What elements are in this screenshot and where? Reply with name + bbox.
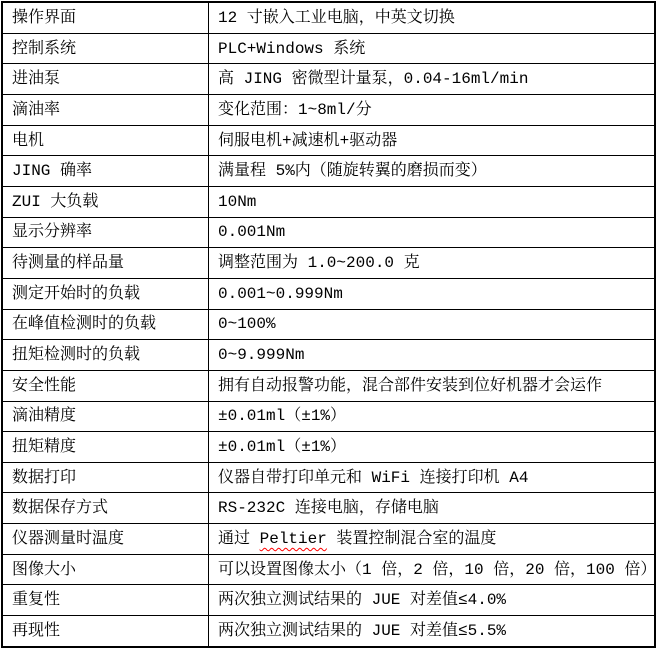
table-row: 电机 伺服电机+减速机+驱动器 xyxy=(2,125,655,156)
spec-label-cell: 在峰值检测时的负载 xyxy=(2,309,209,340)
spec-label-cell: 电机 xyxy=(2,125,209,156)
spec-value-cell: 伺服电机+减速机+驱动器 xyxy=(209,125,656,156)
spec-value-cell: 变化范围：1~8ml/分 xyxy=(209,95,656,126)
spec-label-cell: 待测量的样品量 xyxy=(2,248,209,279)
spec-label-cell: 滴油率 xyxy=(2,95,209,126)
table-row: 再现性 两次独立测试结果的 JUE 对差值≤5.5% xyxy=(2,615,655,647)
spec-value-cell: 仪器自带打印单元和 WiFi 连接打印机 A4 xyxy=(209,462,656,493)
spec-label-cell: 测定开始时的负载 xyxy=(2,278,209,309)
spec-label-cell: 控制系统 xyxy=(2,33,209,64)
table-row: 滴油精度 ±0.01ml（±1%） xyxy=(2,401,655,432)
spec-label-cell: 数据打印 xyxy=(2,462,209,493)
table-row: 图像大小 可以设置图像太小（1 倍，2 倍，10 倍，20 倍，100 倍） xyxy=(2,554,655,585)
table-row: 控制系统 PLC+Windows 系统 xyxy=(2,33,655,64)
spec-value-cell: 两次独立测试结果的 JUE 对差值≤5.5% xyxy=(209,615,656,647)
spec-value-cell: 满量程 5%内（随旋转翼的磨损而变） xyxy=(209,156,656,187)
spec-value-cell: 0.001~0.999Nm xyxy=(209,278,656,309)
table-row: 扭矩检测时的负载 0~9.999Nm xyxy=(2,340,655,371)
table-row: 安全性能 拥有自动报警功能，混合部件安装到位好机器才会运作 xyxy=(2,370,655,401)
table-row: 测定开始时的负载 0.001~0.999Nm xyxy=(2,278,655,309)
spec-value-cell: 0~100% xyxy=(209,309,656,340)
spec-value-cell: 可以设置图像太小（1 倍，2 倍，10 倍，20 倍，100 倍） xyxy=(209,554,656,585)
spec-value-cell: 拥有自动报警功能，混合部件安装到位好机器才会运作 xyxy=(209,370,656,401)
table-row: 扭矩精度 ±0.01ml（±1%） xyxy=(2,432,655,463)
spec-table: 操作界面 12 寸嵌入工业电脑，中英文切换 控制系统 PLC+Windows 系… xyxy=(1,1,656,648)
table-row: 滴油率 变化范围：1~8ml/分 xyxy=(2,95,655,126)
spec-table-body: 操作界面 12 寸嵌入工业电脑，中英文切换 控制系统 PLC+Windows 系… xyxy=(2,2,655,647)
spec-value-cell: PLC+Windows 系统 xyxy=(209,33,656,64)
spec-label-cell: 显示分辨率 xyxy=(2,217,209,248)
spec-label-cell: JING 确率 xyxy=(2,156,209,187)
value-text: 装置控制混合室的温度 xyxy=(327,530,497,548)
spec-value-cell: 调整范围为 1.0~200.0 克 xyxy=(209,248,656,279)
spec-value-cell: RS-232C 连接电脑，存储电脑 xyxy=(209,493,656,524)
spec-value-cell: ±0.01ml（±1%） xyxy=(209,432,656,463)
spec-label-cell: 图像大小 xyxy=(2,554,209,585)
spec-label-cell: 滴油精度 xyxy=(2,401,209,432)
table-row: 进油泵 高 JING 密微型计量泵，0.04-16ml/min xyxy=(2,64,655,95)
spec-label-cell: 扭矩精度 xyxy=(2,432,209,463)
table-row: 操作界面 12 寸嵌入工业电脑，中英文切换 xyxy=(2,2,655,33)
table-row: 在峰值检测时的负载 0~100% xyxy=(2,309,655,340)
spec-label-cell: 安全性能 xyxy=(2,370,209,401)
misspelled-word: Peltier xyxy=(260,530,327,548)
table-row: 显示分辨率 0.001Nm xyxy=(2,217,655,248)
spec-label-cell: 重复性 xyxy=(2,585,209,616)
spec-label-cell: 扭矩检测时的负载 xyxy=(2,340,209,371)
spec-value-cell: ±0.01ml（±1%） xyxy=(209,401,656,432)
spec-label-cell: 仪器测量时温度 xyxy=(2,524,209,555)
spec-label-cell: 数据保存方式 xyxy=(2,493,209,524)
spec-value-cell: 两次独立测试结果的 JUE 对差值≤4.0% xyxy=(209,585,656,616)
spec-value-cell: 通过 Peltier 装置控制混合室的温度 xyxy=(209,524,656,555)
table-row: JING 确率 满量程 5%内（随旋转翼的磨损而变） xyxy=(2,156,655,187)
table-row: 数据保存方式 RS-232C 连接电脑，存储电脑 xyxy=(2,493,655,524)
spec-label-cell: 再现性 xyxy=(2,615,209,647)
table-row: 数据打印 仪器自带打印单元和 WiFi 连接打印机 A4 xyxy=(2,462,655,493)
spec-value-cell: 0.001Nm xyxy=(209,217,656,248)
table-row: ZUI 大负载 10Nm xyxy=(2,187,655,218)
spec-label-cell: ZUI 大负载 xyxy=(2,187,209,218)
spec-value-cell: 10Nm xyxy=(209,187,656,218)
table-row: 仪器测量时温度 通过 Peltier 装置控制混合室的温度 xyxy=(2,524,655,555)
table-row: 待测量的样品量 调整范围为 1.0~200.0 克 xyxy=(2,248,655,279)
spec-label-cell: 操作界面 xyxy=(2,2,209,33)
spec-value-cell: 12 寸嵌入工业电脑，中英文切换 xyxy=(209,2,656,33)
spec-value-cell: 高 JING 密微型计量泵，0.04-16ml/min xyxy=(209,64,656,95)
spec-value-cell: 0~9.999Nm xyxy=(209,340,656,371)
table-row: 重复性 两次独立测试结果的 JUE 对差值≤4.0% xyxy=(2,585,655,616)
value-text: 通过 xyxy=(218,530,260,548)
spec-label-cell: 进油泵 xyxy=(2,64,209,95)
